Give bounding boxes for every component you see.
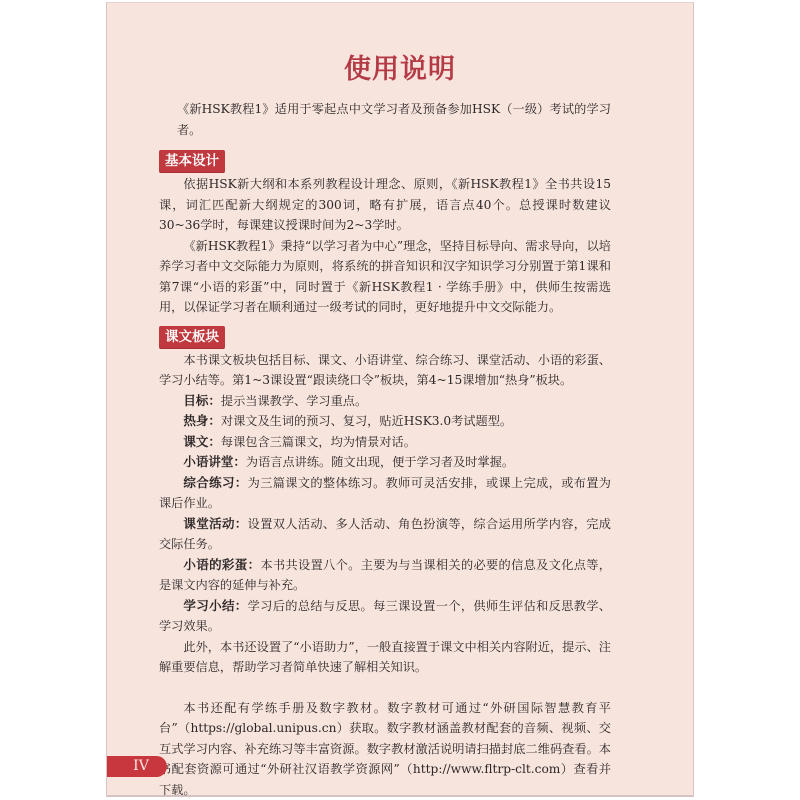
module-item-warmup: 热身：对课文及生词的预习、复习，贴近HSK3.0考试题型。 <box>159 411 611 432</box>
module-term: 热身： <box>183 413 221 428</box>
page-number-tab: IV <box>107 756 167 777</box>
module-term: 课堂活动： <box>183 516 247 531</box>
module-term: 小语的彩蛋： <box>183 557 260 572</box>
module-item-text: 课文：每课包含三篇课文，均为情景对话。 <box>159 432 611 453</box>
module-description: 每课包含三篇课文，均为情景对话。 <box>221 435 416 449</box>
module-term: 学习小结： <box>183 598 247 613</box>
paragraph: 依据HSK新大纲和本系列教程设计理念、原则，《新HSK教程1》全书共设15课，词… <box>159 174 611 236</box>
module-item-exercises: 综合练习：为三篇课文的整体练习。教师可灵活安排，或课上完成，或布置为课后作业。 <box>159 473 611 514</box>
module-item-activities: 课堂活动：设置双人活动、多人活动、角色扮演等，综合运用所学内容，完成交际任务。 <box>159 514 611 555</box>
section-basic-design: 基本设计 依据HSK新大纲和本系列教程设计理念、原则，《新HSK教程1》全书共设… <box>159 150 611 318</box>
module-item-easter-egg: 小语的彩蛋：本书共设置八个。主要为与当课相关的必要的信息及文化点等，是课文内容的… <box>159 555 611 596</box>
module-term: 课文： <box>183 434 221 449</box>
section-text-modules: 课文板块 本书课文板块包括目标、课文、小语讲堂、综合练习、课堂活动、小语的彩蛋、… <box>159 326 611 678</box>
paragraph: 此外，本书还设置了“小语助力”，一般直接置于课文中相关内容附近，提示、注解重要信… <box>159 637 611 678</box>
module-item-goal: 目标：提示当课教学、学习重点。 <box>159 391 611 412</box>
intro-paragraph: 《新HSK教程1》适用于零起点中文学习者及预备参加HSK（一级）考试的学习者。 <box>177 99 611 140</box>
module-item-grammar: 小语讲堂：为语言点讲练。随文出现，便于学习者及时掌握。 <box>159 452 611 473</box>
page-number: IV <box>133 758 149 774</box>
module-term: 综合练习： <box>183 475 247 490</box>
module-description: 为语言点讲练。随文出现，便于学习者及时掌握。 <box>246 455 514 469</box>
resources-paragraph: 本书还配有学练手册及数字教材。数字教材可通过“外研国际智慧教育平台”（https… <box>159 698 611 800</box>
page-content: 《新HSK教程1》适用于零起点中文学习者及预备参加HSK（一级）考试的学习者。 … <box>159 99 611 800</box>
spacer <box>159 678 611 698</box>
section-label-basic-design: 基本设计 <box>159 150 225 172</box>
module-term: 目标： <box>183 393 221 408</box>
module-description: 对课文及生词的预习、复习，贴近HSK3.0考试题型。 <box>221 414 512 428</box>
module-term: 小语讲堂： <box>183 454 246 469</box>
book-page: 使用说明 《新HSK教程1》适用于零起点中文学习者及预备参加HSK（一级）考试的… <box>106 2 694 797</box>
module-description: 提示当课教学、学习重点。 <box>221 394 367 408</box>
section-label-text-modules: 课文板块 <box>159 326 225 348</box>
paragraph: 《新HSK教程1》秉持“以学习者为中心”理念，坚持目标导向、需求导向，以培养学习… <box>159 236 611 318</box>
module-item-summary: 学习小结：学习后的总结与反思。每三课设置一个，供师生评估和反思教学、学习效果。 <box>159 596 611 637</box>
paragraph: 本书课文板块包括目标、课文、小语讲堂、综合练习、课堂活动、小语的彩蛋、学习小结等… <box>159 350 611 391</box>
page-title: 使用说明 <box>107 47 693 86</box>
